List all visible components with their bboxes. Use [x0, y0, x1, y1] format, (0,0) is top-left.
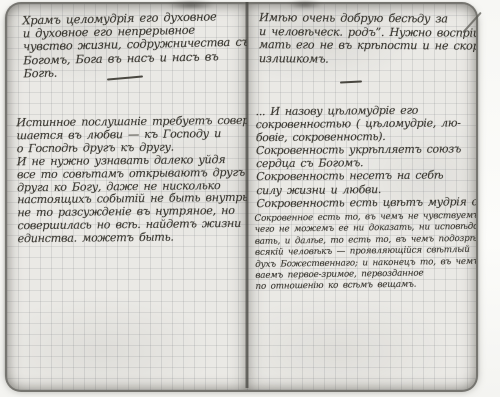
handwriting-paragraph: ... И назову цѣломудріе егосокровенность… [256, 103, 478, 210]
handwriting-line: излишкомъ. [259, 52, 478, 67]
left-page: Храмъ целомудрія его духовноеи духовное … [5, 2, 247, 392]
section-separator-line [340, 80, 362, 83]
handwriting-line: единства. можетъ быть. [18, 231, 247, 246]
handwriting-paragraph: Истинное послушаніе требуетъ совер-шаетс… [16, 115, 247, 247]
top-edge-smudge [167, 0, 215, 10]
handwriting-line: Сокровенность есть цвѣтъ мудрія сердца. [256, 195, 478, 210]
notebook-scan: Храмъ целомудрія его духовноеи духовное … [0, 0, 500, 397]
handwriting-paragraph: Имѣю очень добрую бесѣду заи человѣческ.… [259, 11, 478, 67]
handwriting-paragraph: Храмъ целомудрія его духовноеи духовное … [22, 10, 247, 81]
handwriting-line: по отношенію ко всѣмъ вещамъ. [255, 279, 478, 294]
handwriting-line: сокровенностью ( цѣломудріе, лю- [256, 116, 478, 131]
handwriting-paragraph: Сокровенное есть то, въ чемъ не чувствуе… [254, 210, 478, 294]
open-notebook: Храмъ целомудрія его духовноеи духовное … [5, 2, 478, 388]
top-edge-smudge [288, 0, 322, 9]
handwriting-line: Сокровенность укрѣпляетъ союзъ [256, 142, 478, 157]
right-page: Имѣю очень добрую бесѣду заи человѣческ.… [247, 2, 478, 392]
handwriting-line: Имѣю очень добрую бесѣду за [259, 11, 478, 26]
page-gutter [245, 2, 249, 388]
